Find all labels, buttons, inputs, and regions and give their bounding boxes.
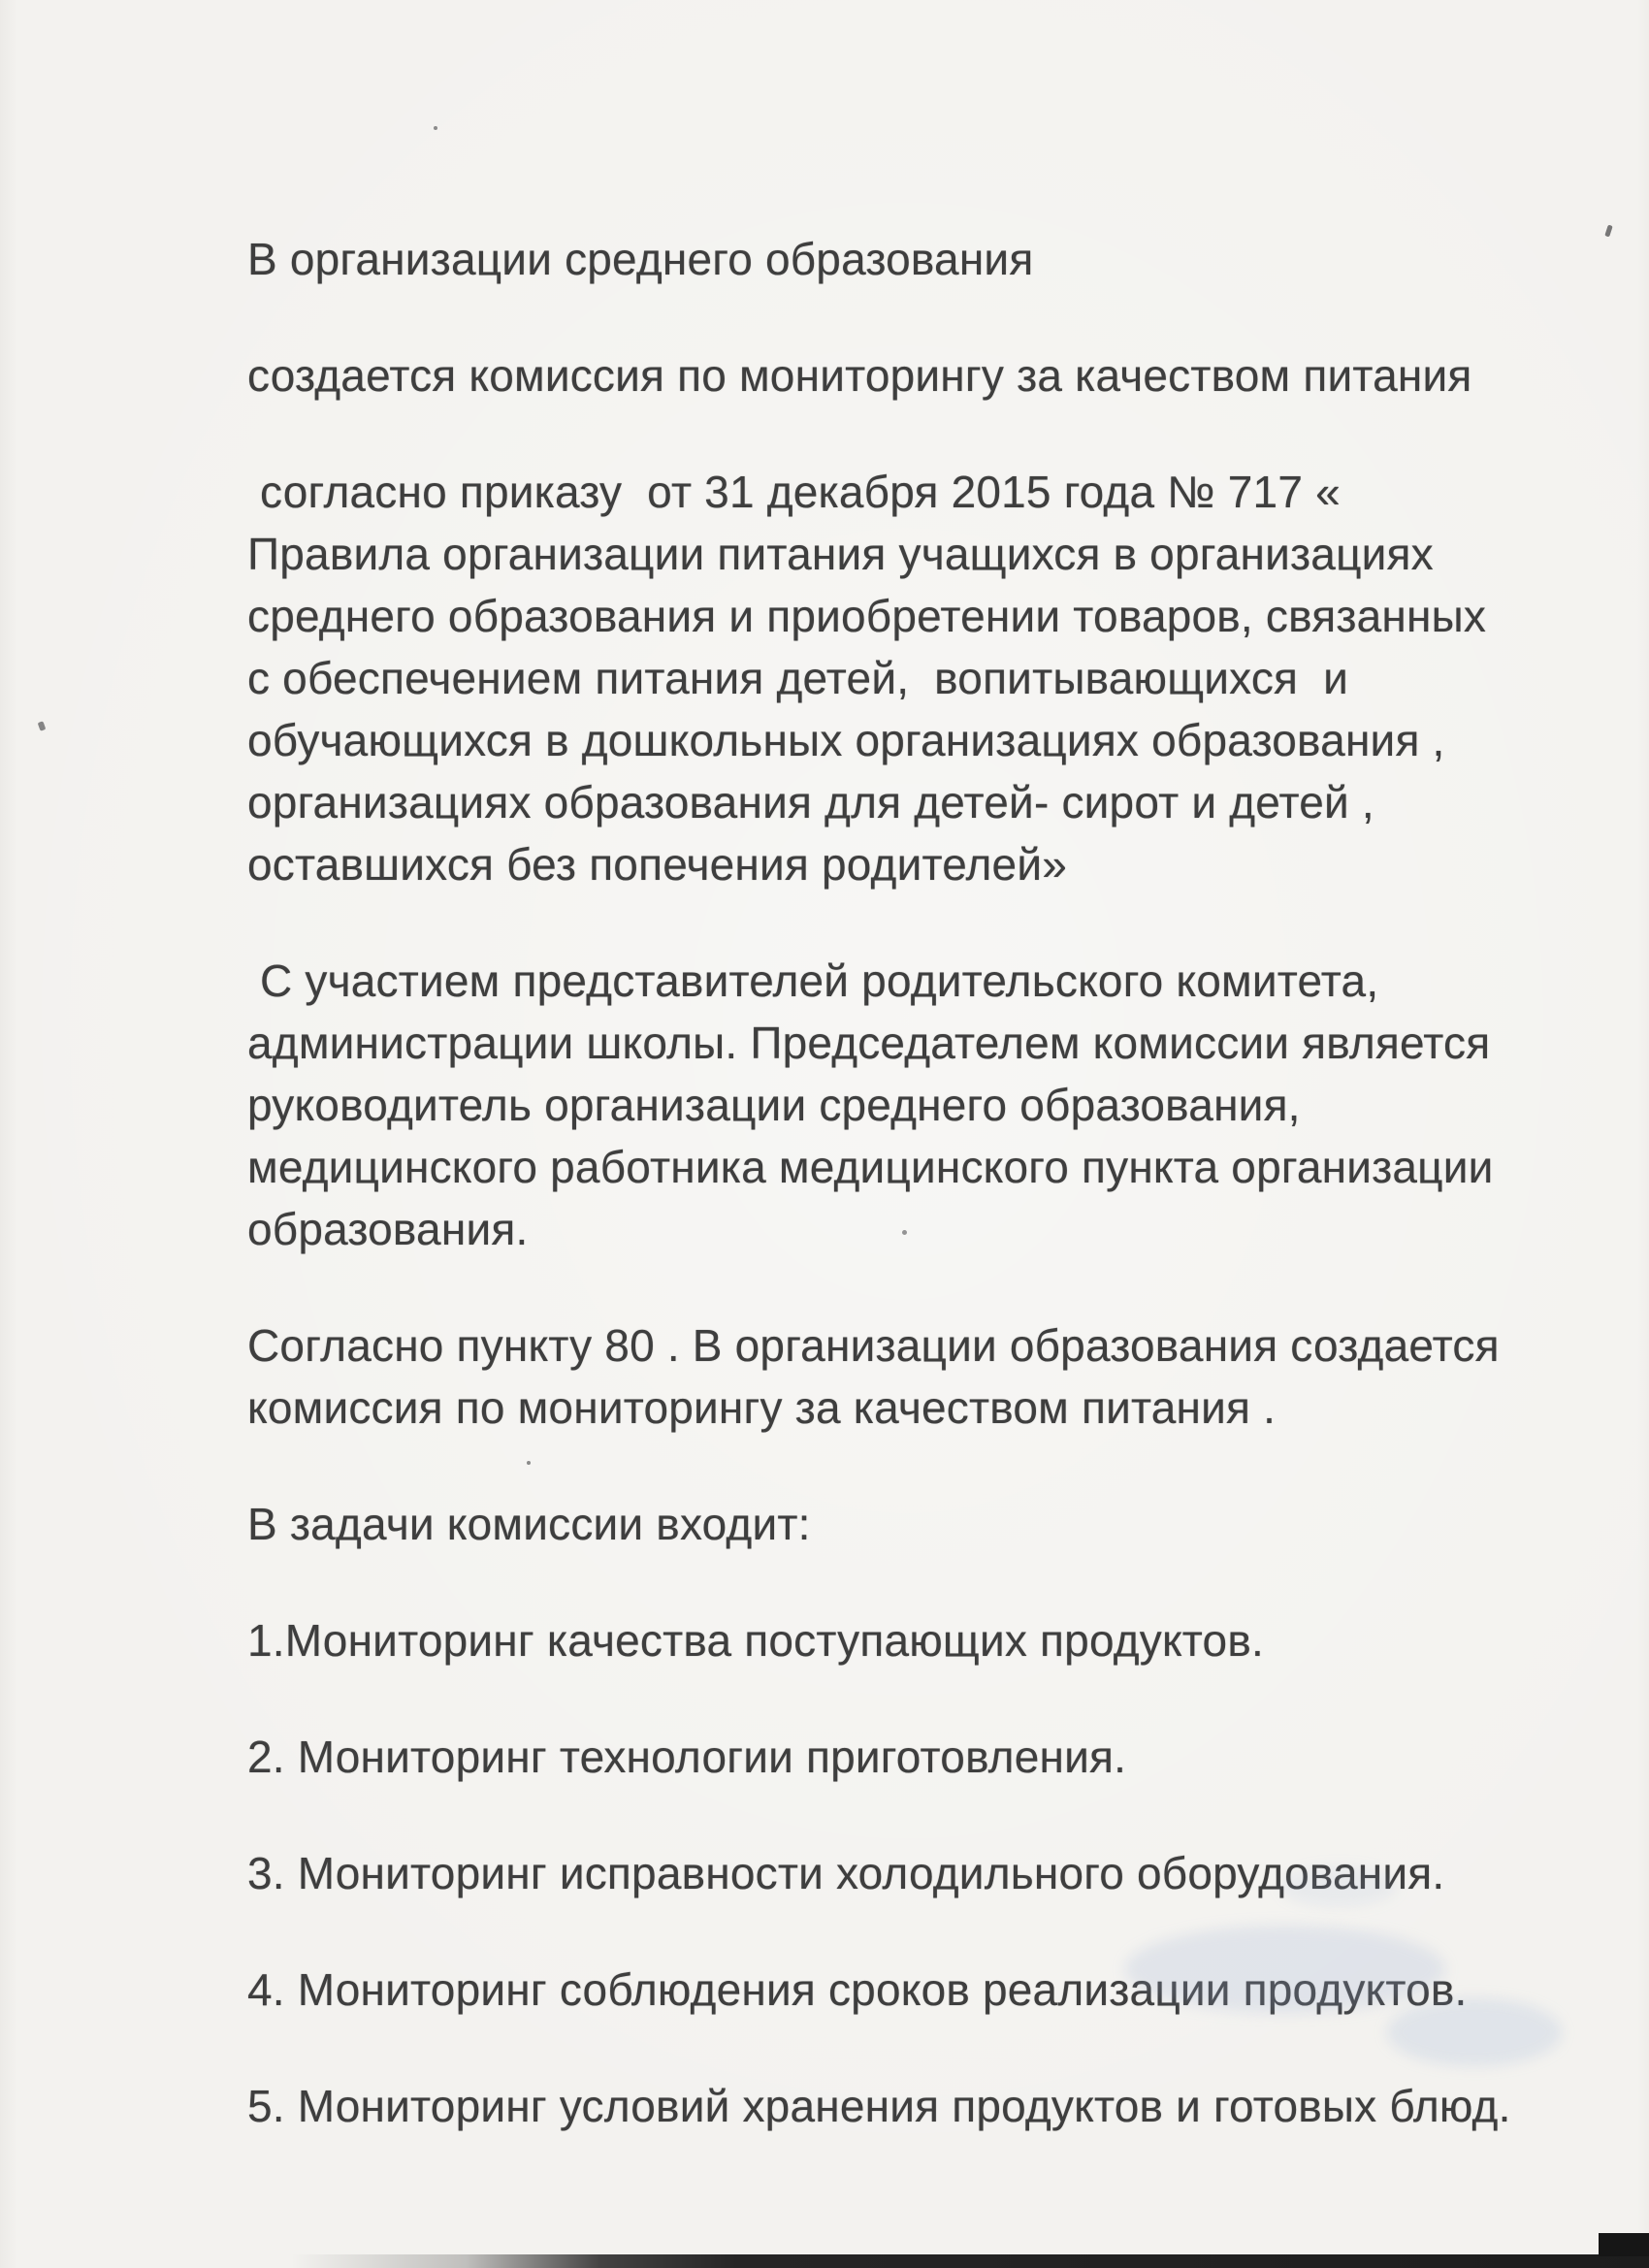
paragraph: создается комиссия по мониторингу за кач… — [247, 344, 1591, 406]
document-text: В организации среднего образования созда… — [0, 0, 1649, 2191]
scan-edge-band — [0, 2254, 1649, 2268]
paragraph: С участием представителей родительского … — [247, 950, 1591, 1260]
text-line: руководитель организации среднего образо… — [247, 1074, 1591, 1136]
text-line: администрации школы. Председателем комис… — [247, 1012, 1591, 1074]
scan-edge-corner — [1599, 2233, 1649, 2256]
paragraph: Согласно пункту 80 . В организации образ… — [247, 1314, 1591, 1439]
paragraph: согласно приказу от 31 декабря 2015 года… — [247, 461, 1591, 895]
text-line: с обеспечением питания детей, вопитывающ… — [247, 647, 1591, 709]
list-item: 2. Мониторинг технологии приготовления. — [247, 1726, 1591, 1788]
list-item: 4. Мониторинг соблюдения сроков реализац… — [247, 1959, 1591, 2021]
text-line: В организации среднего образования — [247, 228, 1591, 290]
text-line: среднего образования и приобретении това… — [247, 585, 1591, 647]
text-line: образования. — [247, 1198, 1591, 1260]
text-line: С участием представителей родительского … — [247, 950, 1591, 1012]
scanned-page: В организации среднего образования созда… — [0, 0, 1649, 2268]
text-line: 3. Мониторинг исправности холодильного о… — [247, 1842, 1591, 1904]
text-line: 5. Мониторинг условий хранения продуктов… — [247, 2075, 1591, 2137]
text-line: Правила организации питания учащихся в о… — [247, 523, 1591, 585]
paragraph: В организации среднего образования — [247, 228, 1591, 290]
text-line: создается комиссия по мониторингу за кач… — [247, 344, 1591, 406]
scan-speck — [902, 1230, 907, 1235]
text-line: организациях образования для детей- сиро… — [247, 771, 1591, 833]
list-item: 3. Мониторинг исправности холодильного о… — [247, 1842, 1591, 1904]
list-item: 5. Мониторинг условий хранения продуктов… — [247, 2075, 1591, 2137]
text-line: 4. Мониторинг соблюдения сроков реализац… — [247, 1959, 1591, 2021]
text-line: оставшихся без попечения родителей» — [247, 833, 1591, 895]
text-line: В задачи комиссии входит: — [247, 1493, 1591, 1555]
text-line: комиссия по мониторингу за качеством пит… — [247, 1377, 1591, 1439]
text-line: медицинского работника медицинского пунк… — [247, 1136, 1591, 1198]
scan-speck — [434, 126, 437, 130]
text-line: 2. Мониторинг технологии приготовления. — [247, 1726, 1591, 1788]
text-line: 1.Мониторинг качества поступающих продук… — [247, 1609, 1591, 1671]
list-item: 1.Мониторинг качества поступающих продук… — [247, 1609, 1591, 1671]
scan-speck — [527, 1461, 531, 1465]
text-line: согласно приказу от 31 декабря 2015 года… — [247, 461, 1591, 523]
paragraph: В задачи комиссии входит: — [247, 1493, 1591, 1555]
text-line: Согласно пункту 80 . В организации образ… — [247, 1314, 1591, 1377]
text-line: обучающихся в дошкольных организациях об… — [247, 709, 1591, 771]
